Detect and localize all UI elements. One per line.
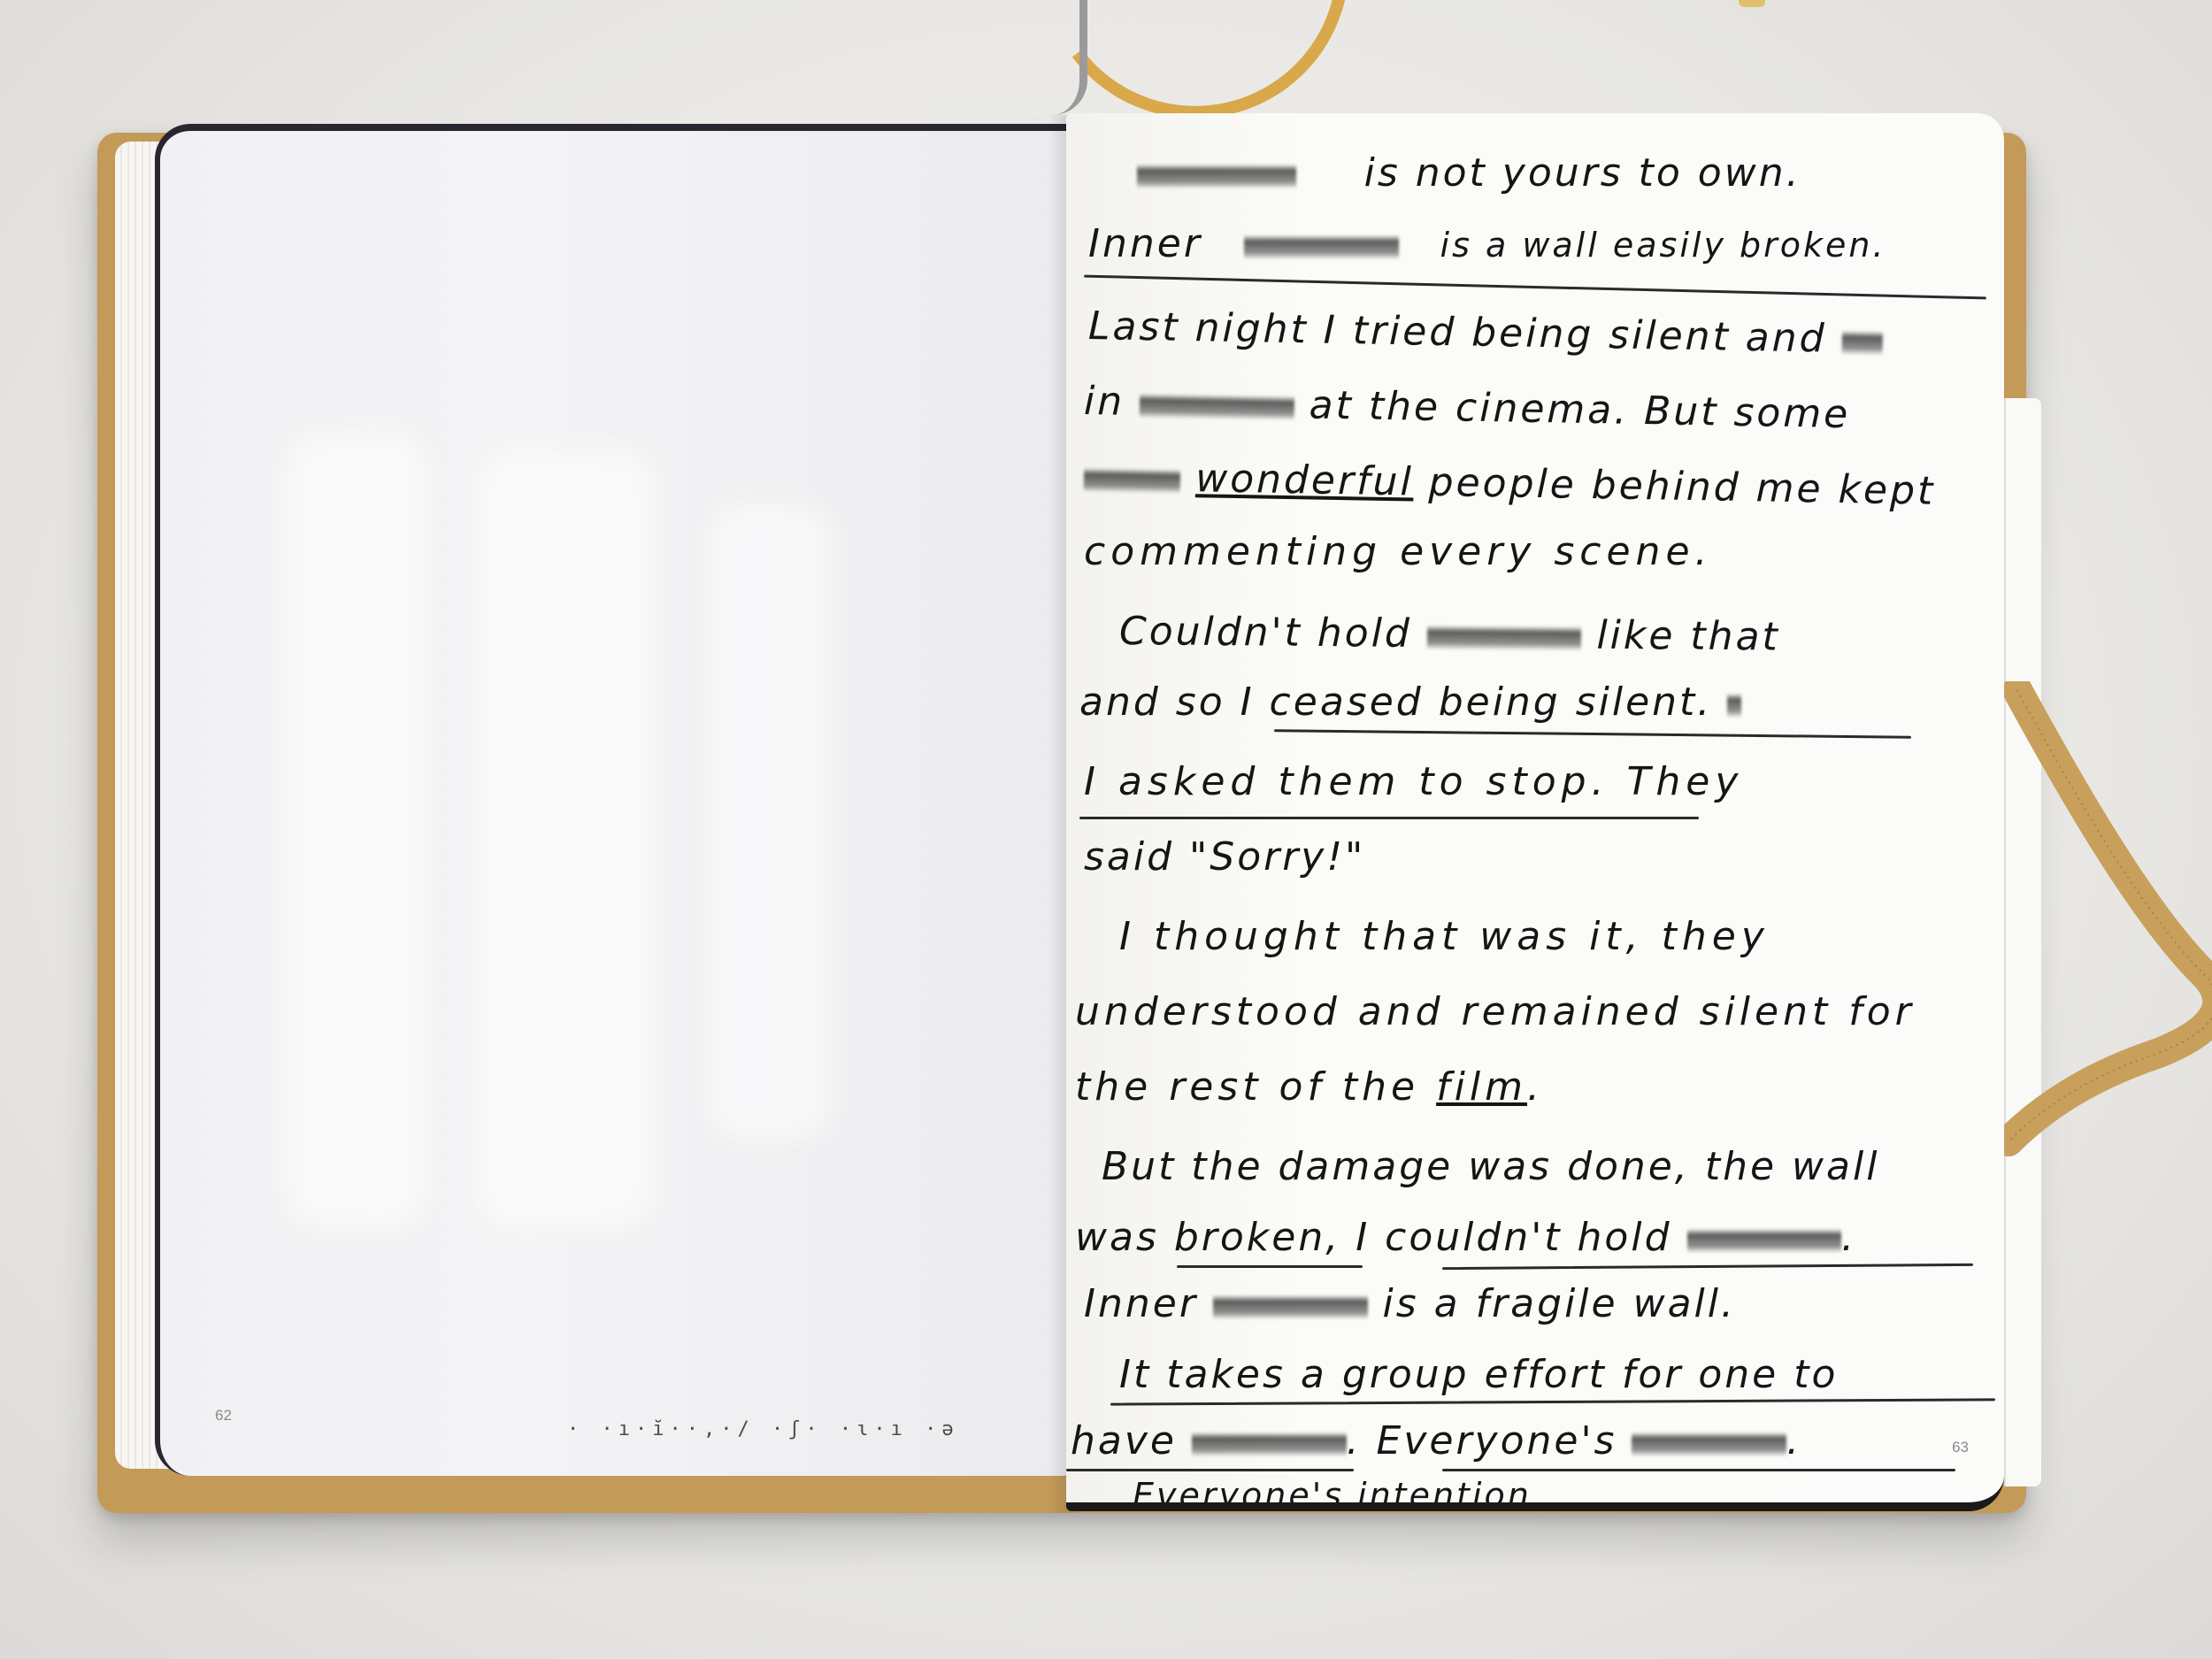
line-17: It takes a group effort for one to	[1119, 1352, 1838, 1397]
underline	[1177, 1265, 1363, 1268]
line-10: said "Sorry!"	[1084, 834, 1365, 879]
ribbon-end	[1739, 0, 1765, 7]
underline	[1084, 275, 1986, 300]
line-11: I thought that was it, they	[1119, 914, 1770, 959]
struck-word: I	[1727, 680, 1741, 725]
line-19: Everyone's intention.	[1133, 1476, 1545, 1511]
struck-word: silence	[1427, 611, 1582, 658]
line-16: Inner silence is a fragile wall.	[1084, 1281, 1736, 1326]
left-page: · ·ı·ĭ··,·/ ·ʃ· ·ɩ·ı ·ǝ 62	[155, 124, 1071, 1476]
line-18: have silence. Everyone's silence.	[1071, 1418, 1801, 1463]
page-number-right: 63	[1952, 1439, 1969, 1456]
underline	[1110, 1398, 1995, 1405]
ink-bleed-marks: · ·ı·ĭ··,·/ ·ʃ· ·ɩ·ı ·ǝ	[567, 1418, 959, 1440]
underline	[1274, 729, 1911, 739]
struck-word: silence	[1140, 380, 1294, 427]
right-page: Silence is not yours to own. Inner silen…	[1066, 113, 2004, 1511]
underline	[1066, 1469, 1354, 1471]
page-number-left: 62	[215, 1407, 232, 1425]
ghost-imprint	[284, 432, 426, 1228]
underline	[1442, 1469, 1955, 1471]
line-9: I asked them to stop. They	[1084, 759, 1743, 804]
struck-word: silence	[1632, 1418, 1786, 1463]
line-8: and so I ceased being silent. I	[1079, 680, 1741, 725]
line-15: was broken, I couldn't hold silence.	[1075, 1215, 1856, 1260]
underline	[1442, 1263, 1973, 1270]
line-12: understood and remained silent for	[1075, 989, 1916, 1034]
struck-word: film	[1436, 1064, 1527, 1110]
line-14: But the damage was done, the wall	[1102, 1144, 1879, 1189]
ghost-imprint	[479, 449, 656, 1228]
line-1: Silence is not yours to own.	[1137, 150, 1801, 196]
underline	[1079, 817, 1699, 819]
struck-word: silence	[1687, 1215, 1842, 1260]
ribbon-bookmark-grey	[1018, 0, 1087, 115]
ghost-imprint	[709, 503, 833, 1140]
line-6: commenting every scene.	[1084, 529, 1713, 574]
elastic-band	[2000, 681, 2212, 1177]
line-5: very wonderful people behind me kept	[1084, 454, 1936, 514]
line-13: the rest of the film.	[1075, 1064, 1544, 1110]
struck-word: silence	[1192, 1418, 1347, 1463]
line-3: Last night I tried being silent and in	[1088, 303, 1884, 363]
line-2: Inner silence is a wall easily broken.	[1088, 221, 1886, 266]
struck-word: silence	[1244, 221, 1399, 266]
struck-word: very	[1084, 454, 1181, 501]
struck-word: in	[1841, 317, 1883, 363]
struck-word: Silence	[1137, 150, 1296, 196]
line-4: in silence at the cinema. But some	[1084, 379, 1851, 437]
line-7: Couldn't hold silence like that	[1119, 609, 1780, 660]
struck-word: silence	[1213, 1281, 1368, 1326]
